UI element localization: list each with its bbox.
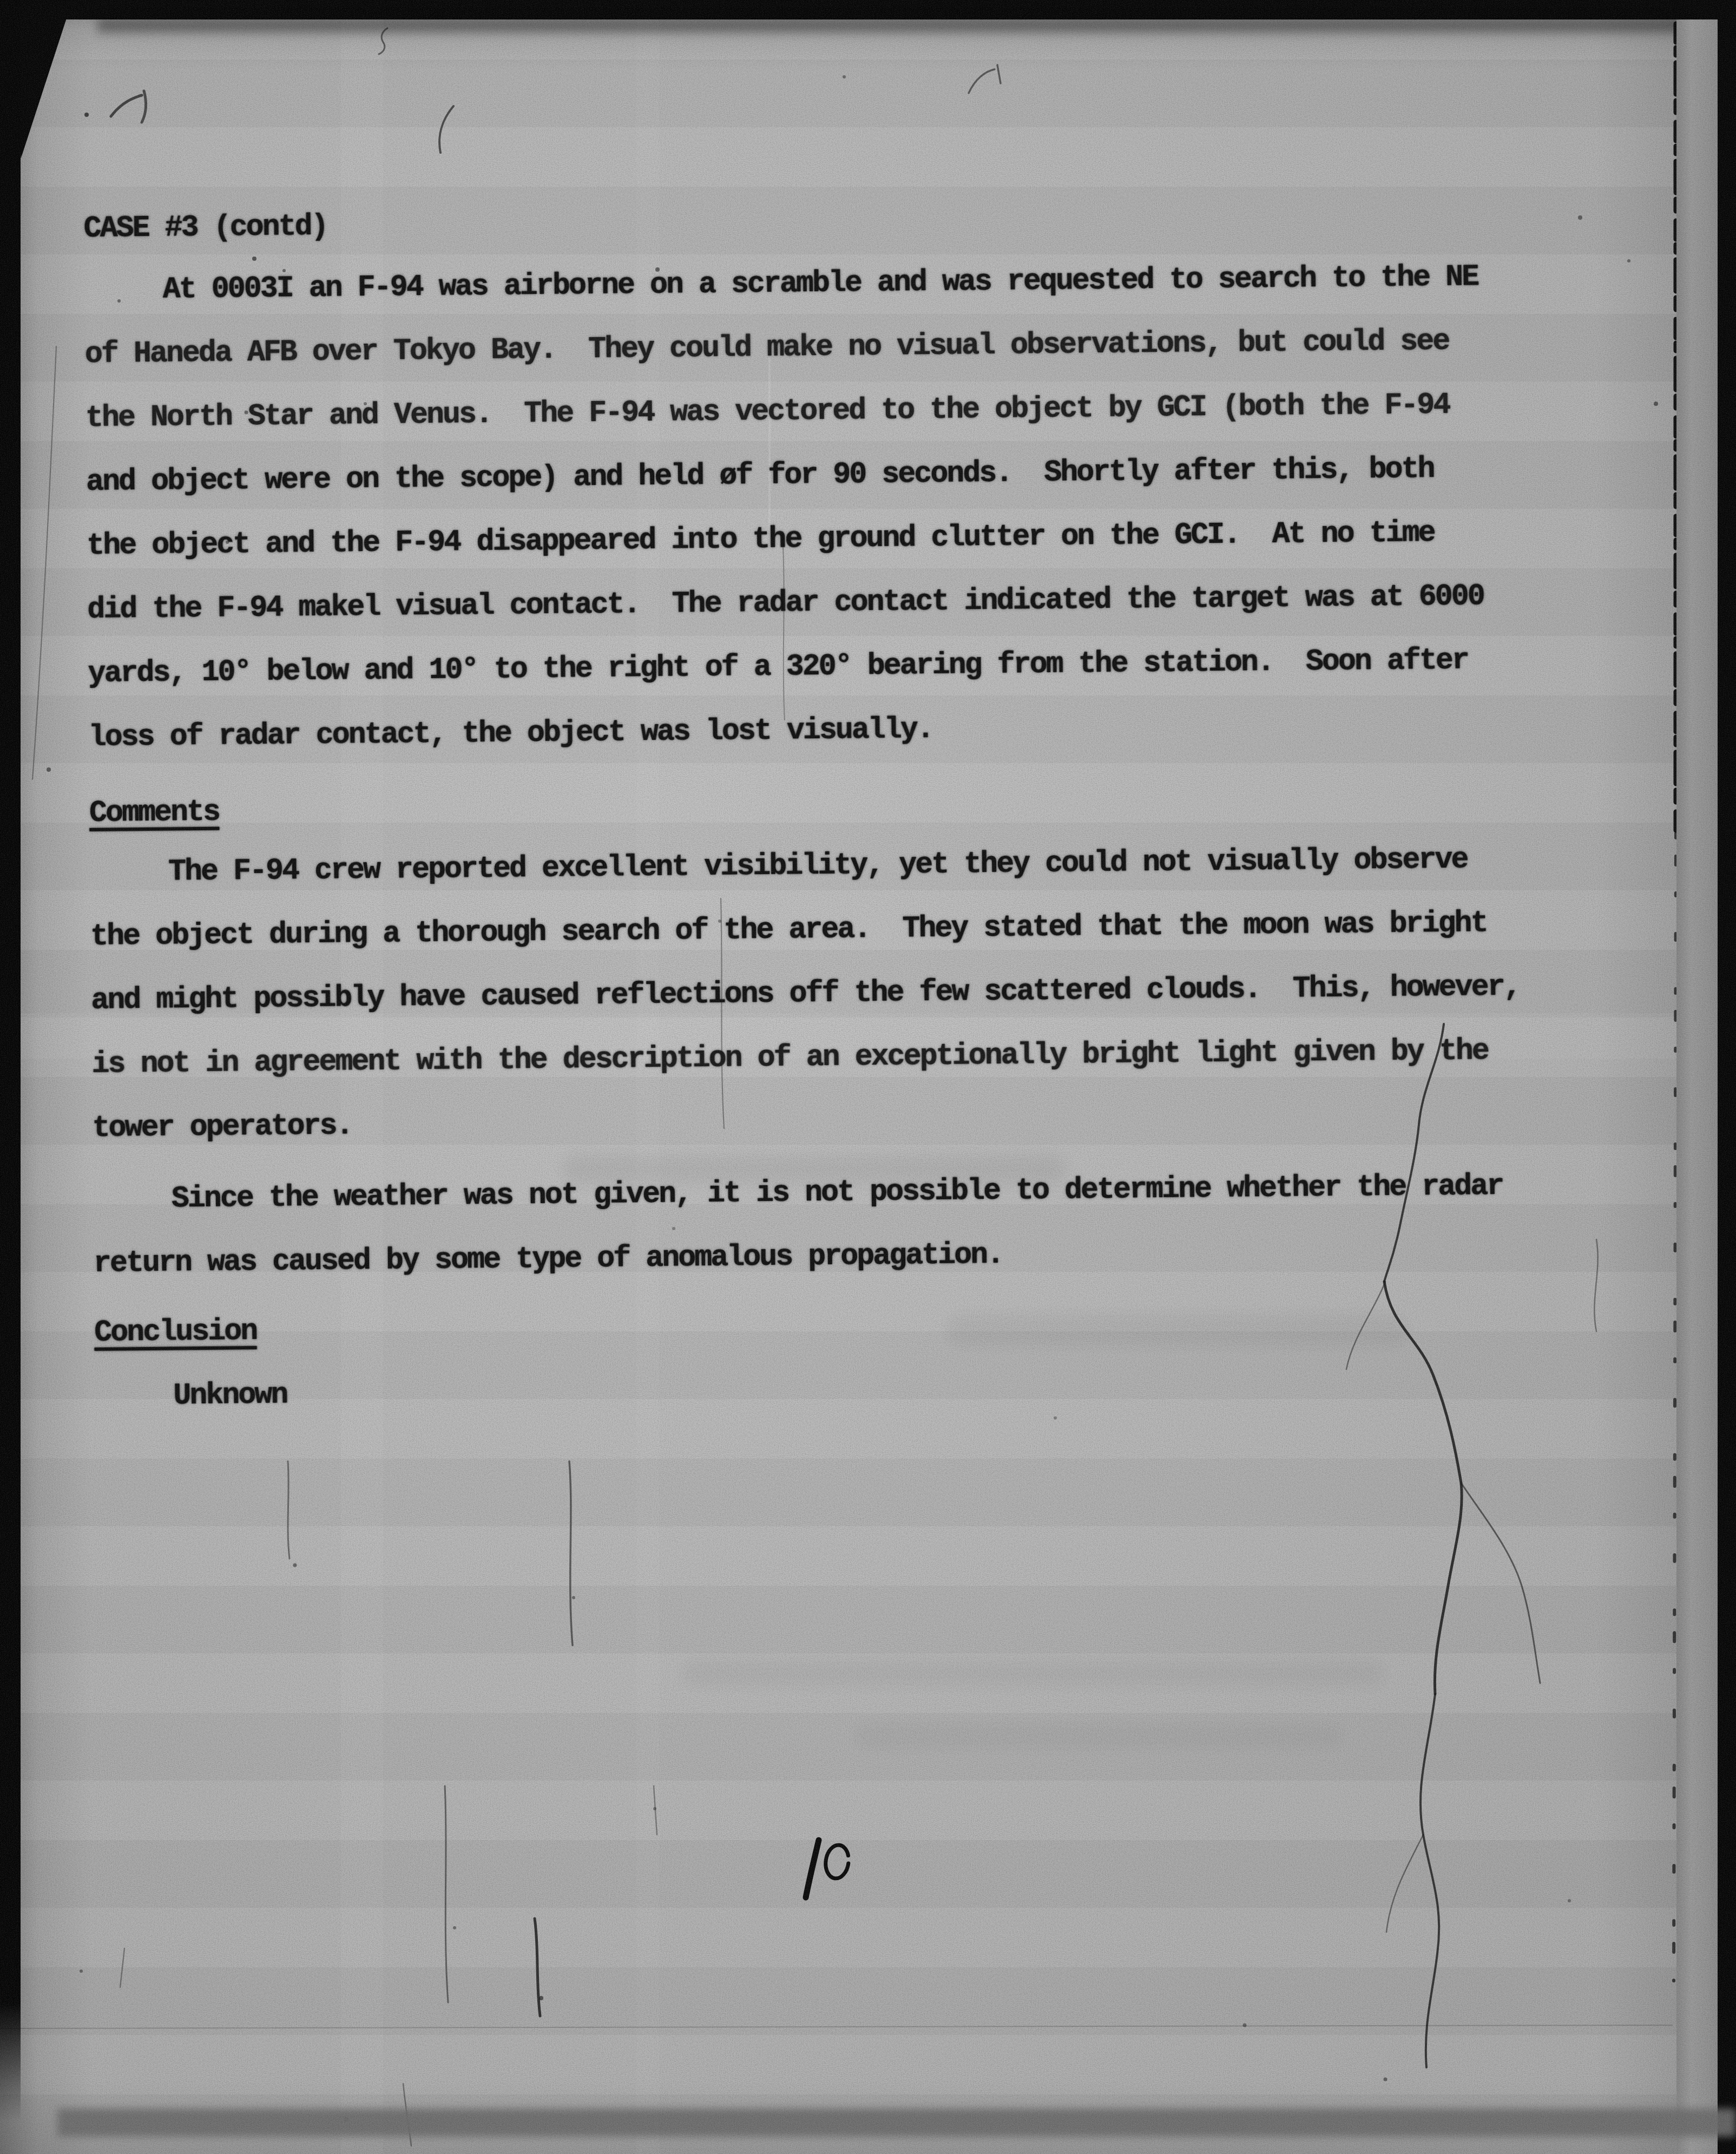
film-border-top [0, 0, 1736, 19]
paragraph-sighting-narrative: At 0003I an F-94 was airborne on a scram… [84, 245, 1485, 770]
bottom-exposure-band [57, 2109, 1736, 2137]
text-line: loss of radar contact, the object was lo… [88, 692, 1485, 770]
text-line: return was caused by some type of anomal… [93, 1218, 1503, 1296]
paper-top-shadow [97, 18, 1688, 32]
paragraph-comments-2: Since the weather was not given, it is n… [93, 1154, 1504, 1296]
text-line: Unknown [95, 1363, 287, 1429]
paragraph-comments-1: The F-94 crew reported excellent visibil… [90, 828, 1522, 1160]
conclusion-value: Unknown [95, 1363, 287, 1429]
text-line: yards, 10° below and 10° to the right of… [88, 628, 1484, 706]
film-border-left [0, 0, 21, 2154]
conclusion-heading: Conclusion [94, 1299, 257, 1365]
text-line: the North Star and Venus. The F-94 was v… [85, 373, 1482, 450]
scan-edge-column [1676, 19, 1719, 2154]
scanned-document-page: { "document": { "case_heading": "CASE #3… [0, 0, 1736, 2154]
text-line: Since the weather was not given, it is n… [93, 1154, 1503, 1232]
comments-heading: Comments [89, 780, 219, 845]
case-heading: CASE #3 (contd) [83, 195, 327, 261]
film-border-right [1718, 0, 1736, 2154]
typewritten-text-layer: CASE #3 (contd) At 0003I an F-94 was air… [0, 0, 1736, 2154]
